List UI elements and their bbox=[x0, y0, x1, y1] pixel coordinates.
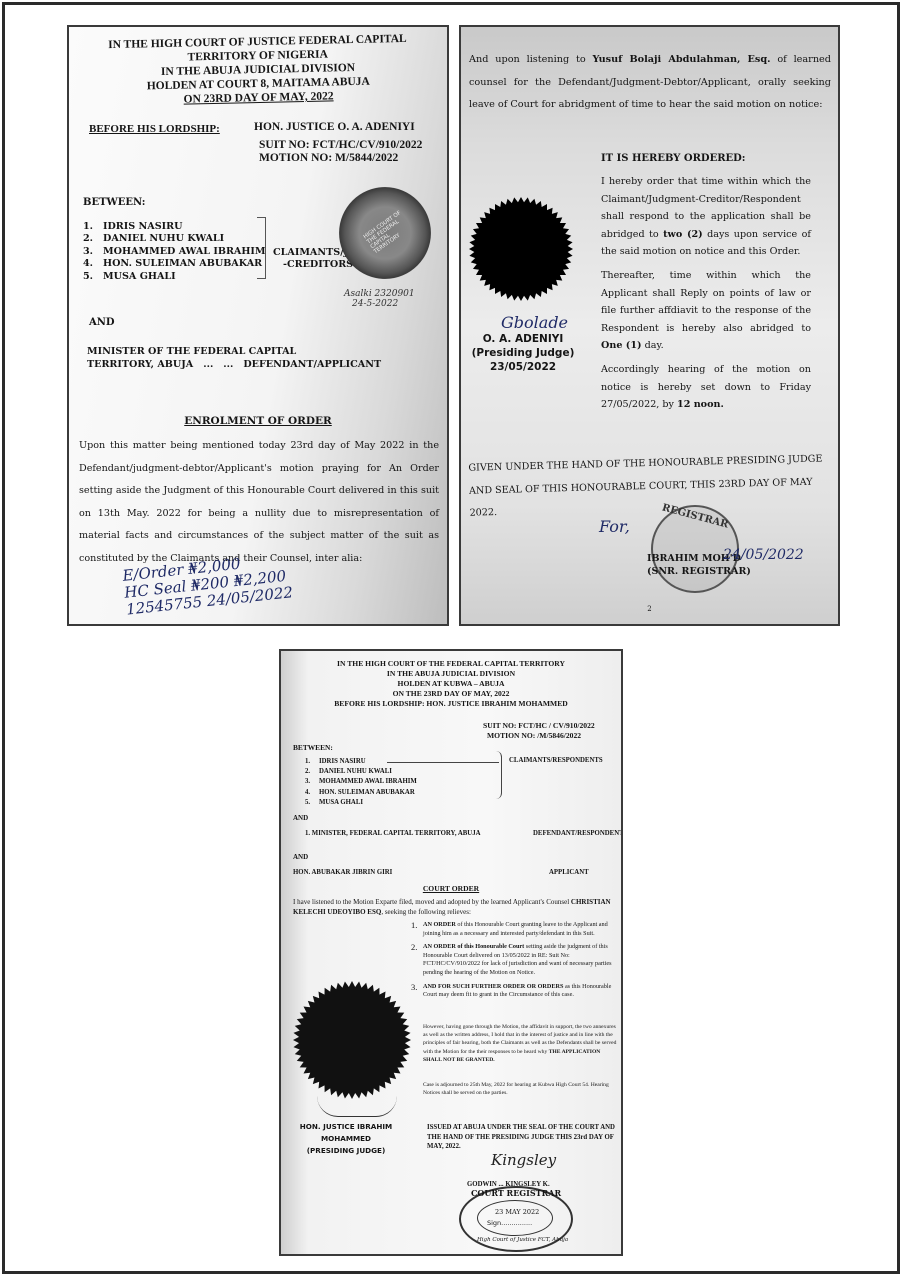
item-number: 5. bbox=[305, 798, 319, 808]
relief-item: 1.AN ORDER of this Honourable Court gran… bbox=[411, 921, 617, 938]
and-label: AND bbox=[293, 853, 308, 861]
stamp-title: COURT REGISTRAR bbox=[471, 1188, 561, 1198]
page-number: 2 bbox=[461, 605, 838, 613]
court-heading: IN THE HIGH COURT OF JUSTICE FEDERAL CAP… bbox=[68, 31, 447, 109]
order-paragraph: Thereafter, time within which the Applic… bbox=[601, 267, 811, 355]
claimant-name: IDRIS NASIRU bbox=[319, 758, 366, 765]
motion-number: MOTION NO: M/5844/2022 bbox=[259, 152, 422, 165]
registrar-signature: Kingsley bbox=[491, 1151, 556, 1169]
ordered-heading: IT IS HEREBY ORDERED: bbox=[601, 153, 746, 164]
and-label: AND bbox=[293, 814, 308, 822]
seal-handwritten-note: Asalki 2320901 24-5-2022 bbox=[344, 289, 415, 309]
document-title: ENROLMENT OF ORDER bbox=[69, 415, 447, 427]
issued-text: ISSUED AT ABUJA UNDER THE SEAL OF THE CO… bbox=[427, 1123, 619, 1152]
given-under-hand-text: GIVEN UNDER THE HAND OF THE HONOURABLE P… bbox=[468, 448, 830, 525]
emphasis: AN ORDER of this Honourable Court bbox=[423, 943, 524, 950]
text: Thereafter, time within which the Applic… bbox=[601, 270, 811, 334]
emphasis: AND FOR SUCH FURTHER ORDER OR ORDERS bbox=[423, 983, 563, 990]
heading-line: IN THE ABUJA JUDICIAL DIVISION bbox=[281, 669, 621, 679]
item-number: 2. bbox=[305, 767, 319, 777]
item-number: 2. bbox=[83, 233, 103, 245]
claimant-item: 5.MUSA GHALI bbox=[305, 798, 417, 808]
judge-signature bbox=[317, 1096, 397, 1117]
claimant-name: DANIEL NUHU KWALI bbox=[319, 768, 392, 775]
heading-line: HOLDEN AT KUBWA – ABUJA bbox=[281, 679, 621, 689]
and-label: AND bbox=[89, 317, 115, 328]
bracket-divider bbox=[495, 751, 502, 799]
role-line: -CREDITORS bbox=[273, 259, 353, 271]
bracket-divider bbox=[257, 217, 266, 279]
text: And upon listening to bbox=[469, 54, 593, 65]
text: day. bbox=[642, 340, 664, 351]
stamp-sign-line: Sign............... bbox=[487, 1219, 532, 1227]
judge-name: O. A. ADENIYI bbox=[469, 332, 577, 346]
case-numbers: SUIT NO: FCT/HC/CV/910/2022 MOTION NO: M… bbox=[259, 139, 422, 165]
applicant-name: HON. ABUBAKAR JIBRIN GIRI bbox=[293, 869, 392, 876]
stamp-court-name: High Court of Justice FCT, Abuja bbox=[477, 1237, 568, 1243]
ruling-paragraph: However, having gone through the Motion,… bbox=[423, 1023, 617, 1064]
document-enrolment-of-order: IN THE HIGH COURT OF JUSTICE FEDERAL CAP… bbox=[67, 25, 449, 626]
emphasis: two (2) bbox=[663, 229, 703, 240]
registrar-stamp-inner bbox=[477, 1200, 553, 1236]
text: I have listened to the Motion Exparte fi… bbox=[293, 898, 569, 906]
judge-block: O. A. ADENIYI (Presiding Judge) 23/05/20… bbox=[469, 332, 577, 374]
relief-item: 2.AN ORDER of this Honourable Court sett… bbox=[411, 943, 617, 977]
heading-line: BEFORE HIS LORDSHIP: HON. JUSTICE IBRAHI… bbox=[281, 699, 621, 709]
judge-name: HON. JUSTICE IBRAHIM MOHAMMED bbox=[281, 1121, 411, 1145]
between-label: BETWEEN: bbox=[83, 197, 145, 208]
defendant-name: 1. MINISTER, FEDERAL CAPITAL TERRITORY, … bbox=[305, 830, 481, 837]
heading-line: ON THE 23RD DAY OF MAY, 2022 bbox=[281, 689, 621, 699]
suit-number: SUIT NO: FCT/HC/CV/910/2022 bbox=[259, 139, 422, 152]
black-seal-icon bbox=[469, 197, 573, 301]
registrar-date: 24/05/2022 bbox=[723, 547, 804, 563]
intro-paragraph: And upon listening to Yusuf Bolaji Abdul… bbox=[469, 49, 831, 117]
stamp-date: 23 MAY 2022 bbox=[495, 1208, 539, 1216]
claimants-list: 1.IDRIS NASIRU 2.DANIEL NUHU KWALI 3.MOH… bbox=[83, 221, 266, 283]
between-label: BETWEEN: bbox=[293, 743, 333, 752]
registrar-title: (SNR. REGISTRAR) bbox=[647, 565, 751, 578]
item-number: 4. bbox=[305, 788, 319, 798]
order-body: Upon this matter being mentioned today 2… bbox=[79, 435, 439, 571]
claimants-role: CLAIMANTS/J -CREDITORS bbox=[273, 247, 353, 271]
claimant-item: 5.MUSA GHALI bbox=[83, 271, 266, 283]
note-date: 24-5-2022 bbox=[344, 299, 415, 309]
claimant-name: IDRIS NASIRU bbox=[103, 221, 183, 232]
claimant-item: 2.DANIEL NUHU KWALI bbox=[83, 233, 266, 245]
claimant-name: HON. SULEIMAN ABUBAKAR bbox=[319, 789, 415, 796]
justice-name: HON. JUSTICE O. A. ADENIYI bbox=[254, 121, 415, 133]
claimant-name: MUSA GHALI bbox=[319, 799, 363, 806]
item-number: 3. bbox=[83, 246, 103, 258]
claimant-name: MUSA GHALI bbox=[103, 271, 176, 282]
claimants-role: CLAIMANTS/RESPONDENTS bbox=[509, 757, 603, 764]
order-paragraph: Accordingly hearing of the motion on not… bbox=[601, 361, 811, 414]
item-number: 1. bbox=[83, 221, 103, 233]
item-number: 2. bbox=[411, 943, 417, 952]
adjournment-paragraph: Case is adjourned to 25th May, 2022 for … bbox=[423, 1081, 617, 1097]
applicant-role: APPLICANT bbox=[549, 869, 589, 876]
judge-signature: Gbolade bbox=[501, 313, 568, 332]
item-number: 1. bbox=[305, 757, 319, 767]
relief-item: 3.AND FOR SUCH FURTHER ORDER OR ORDERS a… bbox=[411, 983, 617, 1000]
defendant-block: MINISTER OF THE FEDERAL CAPITAL TERRITOR… bbox=[87, 345, 381, 371]
counsel-name: Yusuf Bolaji Abdulahman, Esq. bbox=[593, 54, 771, 65]
emphasis: AN ORDER bbox=[423, 921, 456, 928]
emphasis: 12 noon. bbox=[677, 399, 724, 410]
heading-line: IN THE HIGH COURT OF THE FEDERAL CAPITAL… bbox=[281, 659, 621, 669]
document-court-order: IN THE HIGH COURT OF THE FEDERAL CAPITAL… bbox=[279, 649, 623, 1256]
defendant-line: MINISTER OF THE FEDERAL CAPITAL bbox=[87, 345, 381, 358]
text: , seeking the following relieves: bbox=[381, 908, 471, 916]
item-number: 3. bbox=[411, 983, 417, 992]
motion-number: MOTION NO: /M/5846/2022 bbox=[483, 731, 595, 741]
case-numbers: SUIT NO: FCT/HC / CV/910/2022 MOTION NO:… bbox=[483, 721, 595, 741]
judge-date: 23/05/2022 bbox=[469, 360, 577, 374]
black-seal-icon bbox=[293, 981, 411, 1099]
document-title: COURT ORDER bbox=[281, 884, 621, 893]
order-paragraph: I hereby order that time within which th… bbox=[601, 173, 811, 261]
judge-title: (PRESIDING JUDGE) bbox=[281, 1145, 411, 1157]
note-line: Asalki 2320901 bbox=[344, 289, 415, 299]
claimant-name: DANIEL NUHU KWALI bbox=[103, 233, 224, 244]
judge-title: (Presiding Judge) bbox=[469, 346, 577, 360]
claimant-item: 2.DANIEL NUHU KWALI bbox=[305, 767, 417, 777]
item-number: 5. bbox=[83, 271, 103, 283]
claimant-name: MOHAMMED AWAL IBRAHIM bbox=[319, 778, 417, 785]
order-paragraphs: I hereby order that time within which th… bbox=[601, 173, 811, 420]
suit-number: SUIT NO: FCT/HC / CV/910/2022 bbox=[483, 721, 595, 731]
claimants-list: 1.IDRIS NASIRU 2.DANIEL NUHU KWALI 3.MOH… bbox=[305, 757, 417, 808]
item-number: 4. bbox=[83, 258, 103, 270]
court-heading: IN THE HIGH COURT OF THE FEDERAL CAPITAL… bbox=[281, 659, 621, 709]
before-lordship-label: BEFORE HIS LORDSHIP: bbox=[89, 123, 220, 135]
claimant-item: 3.MOHAMMED AWAL IBRAHIM bbox=[83, 246, 266, 258]
item-number: 3. bbox=[305, 777, 319, 787]
emphasis: One (1) bbox=[601, 340, 642, 351]
for-label: For, bbox=[599, 517, 630, 536]
leader-line bbox=[387, 762, 499, 763]
item-number: 1. bbox=[411, 921, 417, 930]
judge-block: HON. JUSTICE IBRAHIM MOHAMMED (PRESIDING… bbox=[281, 1121, 411, 1157]
intro-paragraph: I have listened to the Motion Exparte fi… bbox=[293, 897, 618, 917]
defendant-line: TERRITORY, ABUJA ... ... DEFENDANT/APPLI… bbox=[87, 358, 381, 371]
document-order-page-2: And upon listening to Yusuf Bolaji Abdul… bbox=[459, 25, 840, 626]
claimant-item: 3.MOHAMMED AWAL IBRAHIM bbox=[305, 777, 417, 787]
defendant-role: DEFENDANT/RESPONDENT bbox=[533, 830, 623, 837]
claimant-item: 4.HON. SULEIMAN ABUBAKAR bbox=[305, 788, 417, 798]
claimant-item: 4.HON. SULEIMAN ABUBAKAR bbox=[83, 258, 266, 270]
claimant-name: MOHAMMED AWAL IBRAHIM bbox=[103, 246, 266, 257]
reliefs-list: 1.AN ORDER of this Honourable Court gran… bbox=[411, 921, 617, 1005]
claimant-name: HON. SULEIMAN ABUBAKAR bbox=[103, 258, 262, 269]
claimant-item: 1.IDRIS NASIRU bbox=[83, 221, 266, 233]
